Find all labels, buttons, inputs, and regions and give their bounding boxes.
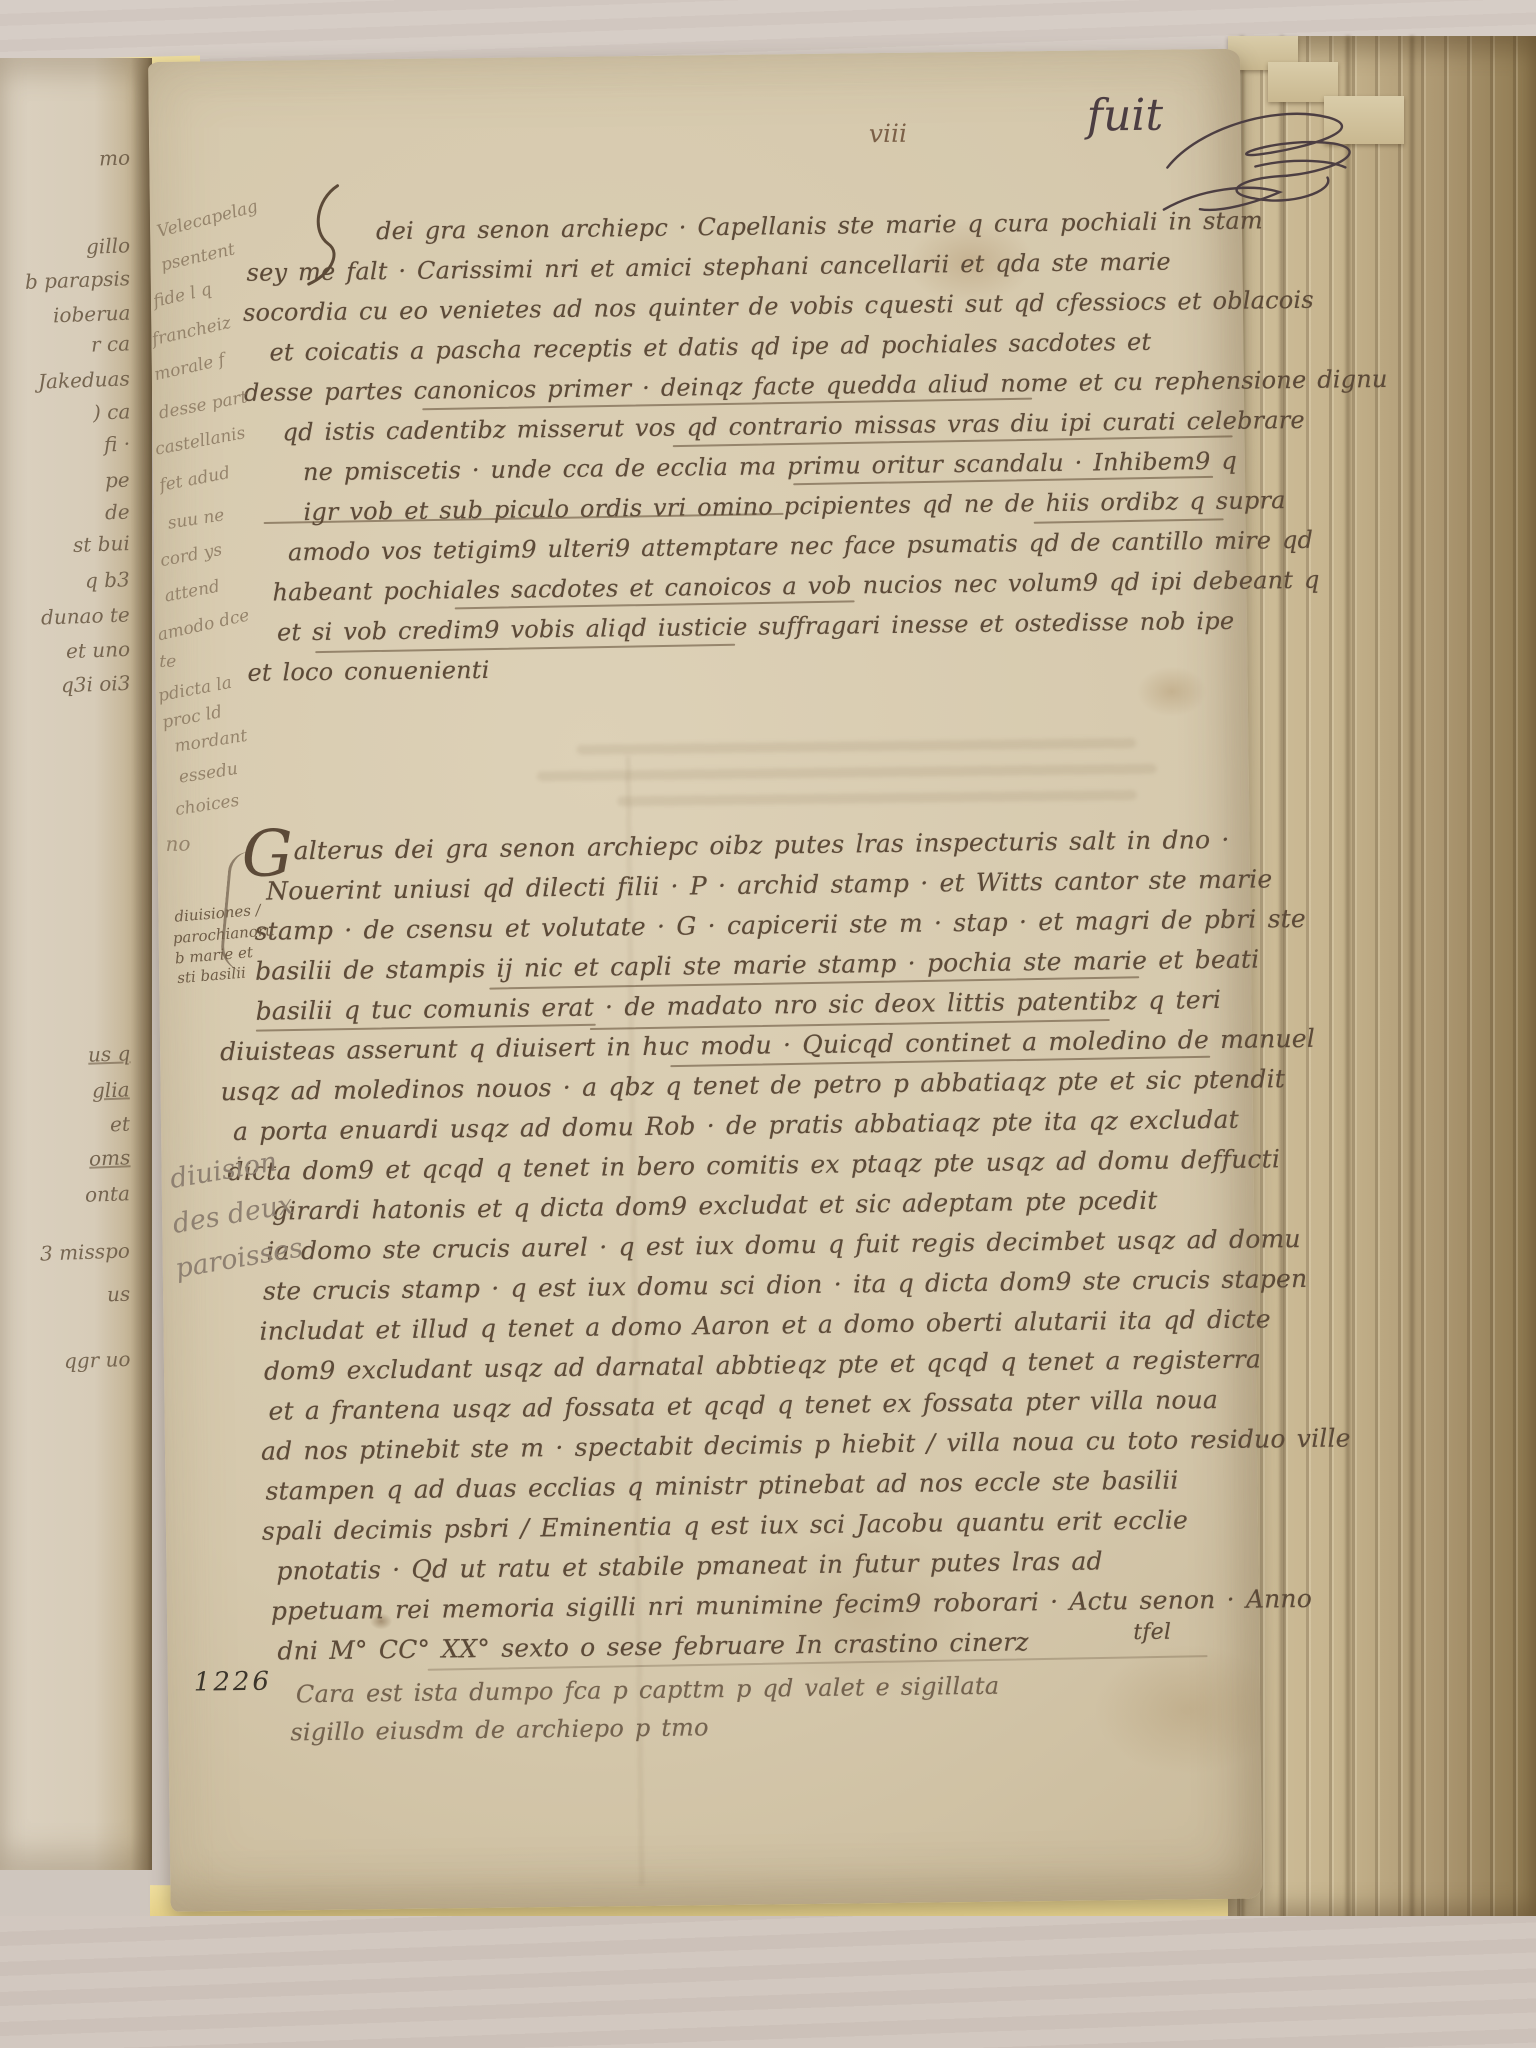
text-line: stamp · de csensu et volutate · G · capi… [254, 906, 1306, 944]
text-line: qd istis cadentibz misserut vos qd contr… [282, 408, 1305, 444]
text-line: alterus dei gra senon archiepc oibz pute… [293, 827, 1229, 863]
facing-page-fragment: de [105, 502, 130, 523]
table-surface-bottom [0, 1916, 1536, 2048]
facing-page-fragment: st bui [73, 533, 130, 555]
margin-word: no [165, 834, 190, 854]
facing-page-fragment: us q [87, 1043, 130, 1064]
fuit-annotation: fuit [1086, 94, 1163, 139]
facing-page-fragment: q3i oi3 [60, 673, 130, 695]
text-line: ad nos ptinebit ste m · spectabit decimi… [261, 1425, 1351, 1463]
text-line: sigillo eiusdm de archiepo p tmo [290, 1715, 709, 1744]
ink-showthrough [617, 790, 1137, 806]
text-line: a porta enuardi usqz ad domu Rob · de pr… [233, 1107, 1239, 1144]
leaf-crease [1280, 36, 1284, 1922]
facing-page-fragment: glia [92, 1079, 130, 1100]
facing-page-fragment: Jakeduas [38, 368, 130, 391]
facing-page-fragment: fi · [104, 434, 131, 455]
margin-word: mordant [173, 728, 248, 756]
page-edges-stack [1228, 36, 1536, 1922]
text-line: et coicatis a pascha receptis et datis q… [269, 330, 1151, 365]
facing-page-fragment: r ca [91, 333, 131, 354]
text-line: socordia cu eo venietes ad nos quinter d… [243, 288, 1314, 325]
margin-word: amodo dce [156, 607, 251, 644]
leaf-crease [1410, 36, 1414, 1922]
facing-page-fragment: et [110, 1114, 131, 1135]
text-line: dom9 excludant usqz ad darnatal abbtieqz… [264, 1347, 1261, 1384]
text-line: dei gra senon archiepc · Capellanis ste … [376, 208, 1263, 243]
facing-page-fragment: et uno [66, 639, 131, 661]
text-line: stampen q ad duas ecclias q ministr ptin… [265, 1468, 1178, 1504]
text-line: includat et illud q tenet a domo Aaron e… [259, 1306, 1271, 1343]
text-line: girardi hatonis et q dicta dom9 excludat… [272, 1188, 1158, 1224]
text-line: Cara est ista dumpo fca p capttm p qd va… [296, 1674, 1000, 1707]
text-line: Nouerint uniusi qd dilecti filii · P · a… [266, 866, 1273, 903]
margin-word: attend [163, 578, 221, 605]
margin-word: essedu [178, 761, 239, 787]
text-line: ste crucis stamp · q est iux domu sci di… [263, 1266, 1308, 1304]
side-note: tfel [1133, 1622, 1171, 1644]
margin-word: Velecapelag [155, 198, 259, 241]
margin-note-french: paroisses [173, 1234, 304, 1282]
facing-page-fragment: dunao te [41, 604, 130, 627]
text-line: habeant pochiales sacdotes et canoicos a… [272, 568, 1319, 605]
folio-number: viii [869, 121, 907, 146]
margin-word: fet adud [158, 465, 231, 495]
facing-page-fragment: qgr uo [63, 1349, 130, 1371]
facing-page-fragment: oms [88, 1147, 130, 1168]
text-line: basilii q tuc comunis erat · de madato n… [255, 987, 1221, 1024]
text-line: ia domo ste crucis aurel · q est iux dom… [266, 1226, 1300, 1264]
margin-note-latin: sti basilii [177, 966, 247, 987]
margin-word: choices [174, 793, 240, 820]
facing-page-fragment: ioberua [52, 303, 130, 326]
facing-page-fragment: us [107, 1284, 131, 1305]
margin-word: suu ne [167, 507, 226, 532]
facing-page-fragment: pe [105, 470, 130, 491]
text-line: pnotatis · Qd ut ratu et stabile pmaneat… [276, 1548, 1103, 1583]
margin-word: psentent [159, 241, 236, 274]
facing-page-fragment: onta [85, 1183, 131, 1205]
margin-word: pdicta la [157, 675, 234, 706]
facing-page-strip: mo gillo b parapsis ioberua r ca Jakedua… [0, 58, 152, 1870]
text-line: usqz ad moledinos nouos · a qbz q tenet … [220, 1066, 1285, 1104]
facing-page-fragment: gillo [86, 235, 131, 257]
facing-page-fragment: q b3 [85, 569, 130, 591]
manuscript-page: viii fuit dei gra senon archiepc · Capel… [148, 49, 1263, 1912]
text-line: desse partes canonicos primer · deinqz f… [244, 367, 1388, 405]
ink-underline [1034, 518, 1224, 523]
margin-word: proc ld [161, 704, 224, 732]
text-line: et a frantena usqz ad fossata et qcqd q … [268, 1387, 1218, 1424]
facing-page-fragment: ) ca [92, 401, 130, 422]
text-line: spali decimis psbri / Eminentia q est iu… [262, 1507, 1188, 1543]
facing-page-fragment: mo [99, 147, 131, 168]
text-line: dicta dom9 et qcqd q tenet in bero comit… [227, 1146, 1280, 1184]
ink-showthrough [576, 738, 1136, 755]
text-line: dni M° CC° XX° sexto o sese februare In … [277, 1629, 1029, 1663]
leaf-crease [1346, 36, 1350, 1922]
margin-word: francheiz [150, 315, 232, 349]
margin-word: te [159, 654, 176, 671]
text-line: amodo vos tetigim9 ulteri9 attemptare ne… [288, 528, 1313, 565]
year-annotation: 1226 [194, 1669, 272, 1696]
margin-word: fide l q [152, 281, 214, 311]
text-line: et si vob credim9 vobis aliqd iusticie s… [277, 609, 1235, 645]
manuscript-photo: mo gillo b parapsis ioberua r ca Jakedua… [0, 0, 1536, 2048]
margin-word: desse part [157, 389, 248, 422]
margin-word: cord ys [159, 542, 224, 570]
margin-note-french: des deux [171, 1191, 295, 1238]
text-line: et loco conuenienti [247, 658, 489, 685]
facing-page-fragment: 3 misspo [40, 1240, 130, 1263]
margin-word: castellanis [154, 425, 247, 459]
facing-page-fragment: b parapsis [25, 268, 131, 292]
text-line: sey me falt · Carissimi nri et amici ste… [246, 250, 1170, 285]
text-line: ppetuam rei memoria sigilli nri munimine… [271, 1586, 1312, 1624]
margin-note-french: diuision [168, 1148, 279, 1193]
margin-word: morale f [153, 352, 227, 384]
